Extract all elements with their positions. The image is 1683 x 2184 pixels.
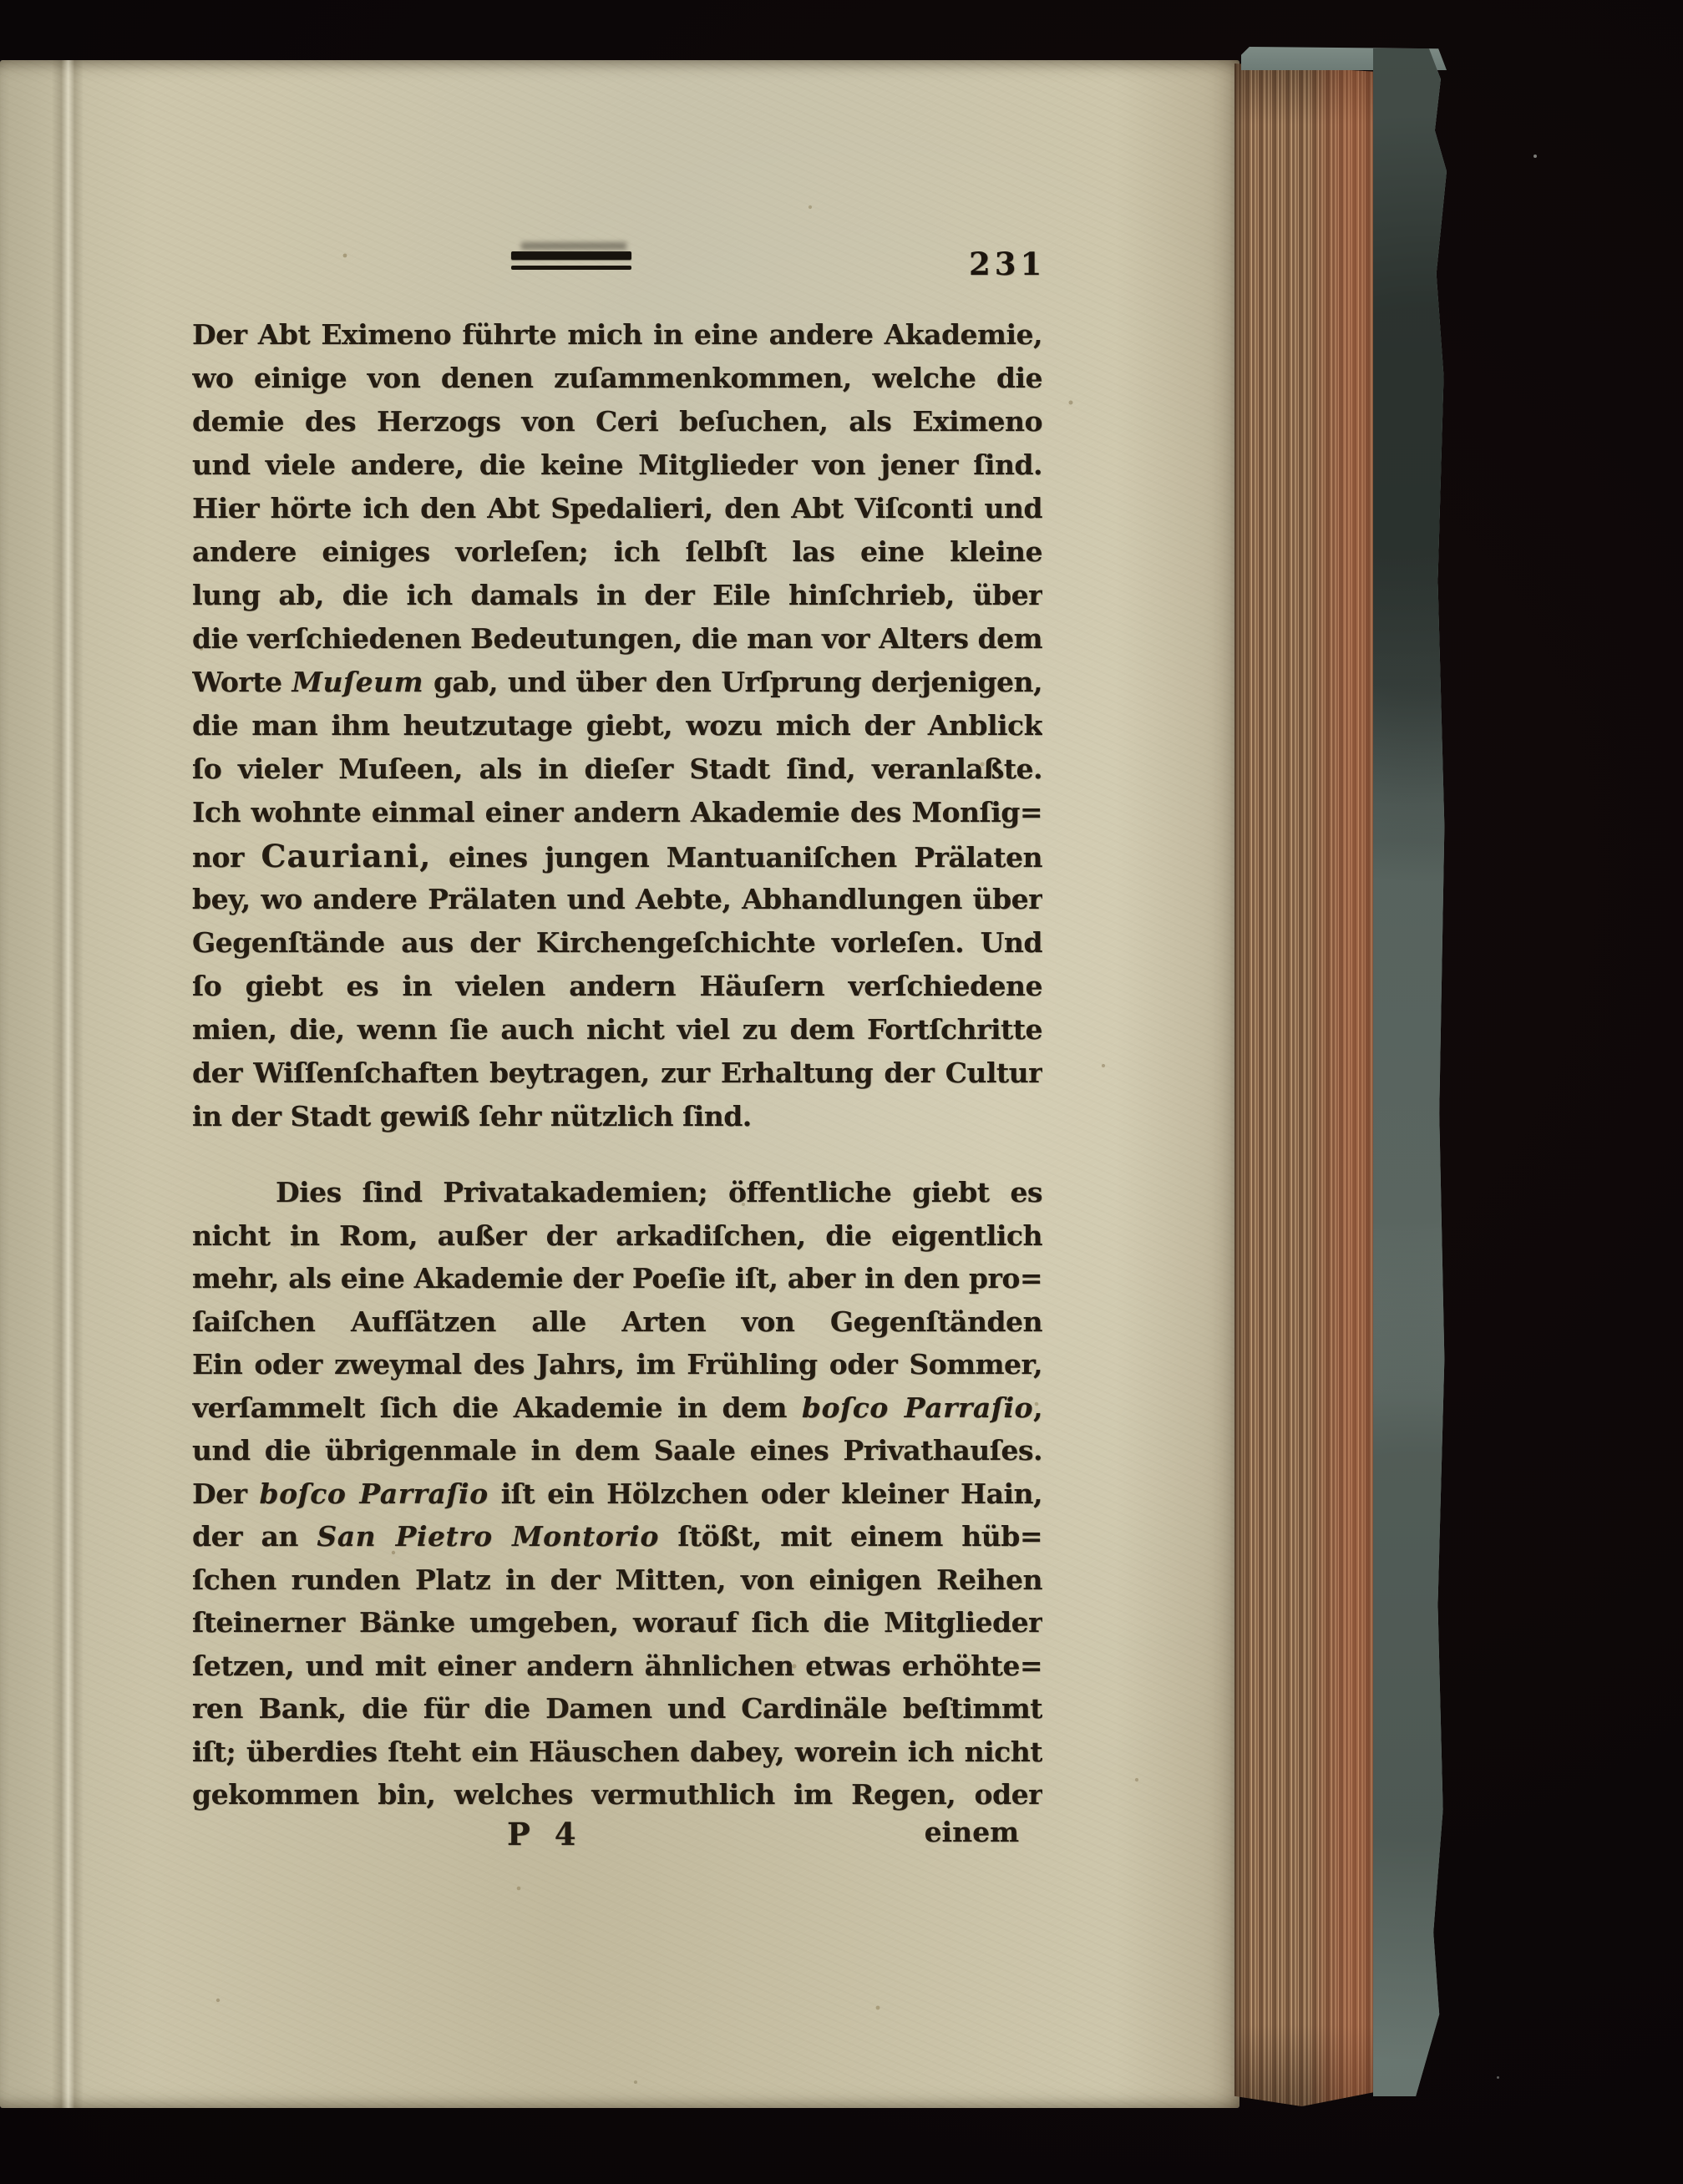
book-fore-edge-leaves (1234, 63, 1375, 2106)
text-segment: ſchen runden Platz in der Mitten, von ei… (192, 1563, 1042, 1596)
italic-text-segment: boſco Parraſio (260, 1477, 489, 1510)
text-segment: die man ihm heutzutage giebt, wozu mich … (192, 709, 1042, 742)
text-line: Hier hörte ich den Abt Spedalieri, den A… (192, 487, 1042, 530)
book-page: 231 Der Abt Eximeno führte mich in eine … (0, 60, 1239, 2108)
text-segment: nicht in Rom, außer der arkadiſchen, die… (192, 1219, 1042, 1258)
text-line: ren Bank, die für die Damen und Cardinäl… (192, 1687, 1042, 1730)
text-line: bey, wo andere Prälaten und Aebte, Abhan… (192, 878, 1042, 921)
text-segment: und viele andere, die keine Mitglieder v… (192, 448, 1042, 481)
text-segment: Der (192, 1477, 260, 1510)
text-line: mien, die, wenn ſie auch nicht viel zu d… (192, 1008, 1042, 1051)
text-segment: Cauriani, (261, 838, 432, 874)
text-line: ſteinerner Bänke umgeben, worauf ſich di… (192, 1601, 1042, 1644)
text-segment: ſaiſchen Aufſätzen alle Arten von Gegenſ… (192, 1305, 1042, 1344)
text-line: Ein oder zweymal des Jahrs, im Frühling … (192, 1343, 1042, 1386)
italic-text-segment: boſco Parraſio (802, 1391, 1033, 1424)
text-line: ſaiſchen Aufſätzen alle Arten von Gegenſ… (192, 1300, 1042, 1344)
text-segment: der Wiſſenſchaften beytragen, zur Erhalt… (192, 1057, 1042, 1089)
text-segment: und die übrigenmale in dem Saale eines P… (192, 1434, 1042, 1467)
text-line: ſchen runden Platz in der Mitten, von ei… (192, 1558, 1042, 1602)
text-segment: Worte (192, 666, 291, 698)
text-line: nicht in Rom, außer der arkadiſchen, die… (192, 1214, 1042, 1258)
text-segment: Der Abt Eximeno führte mich in eine ande… (192, 318, 1042, 351)
text-line: und viele andere, die keine Mitglieder v… (192, 443, 1042, 487)
text-segment: der an (192, 1520, 317, 1553)
text-line: lung ab, die ich damals in der Eile hinſ… (192, 574, 1042, 617)
italic-text-segment: San Pietro Montorio (317, 1520, 658, 1553)
text-line: ſo vieler Muſeen, als in dieſer Stadt ſi… (192, 747, 1042, 791)
signature-mark: P 4 (507, 1816, 575, 1852)
text-line: verſammelt ſich die Akademie in dem boſc… (192, 1386, 1042, 1430)
text-segment: Hier hörte ich den Abt Spedalieri, den A… (192, 492, 1042, 524)
catchword: einem (925, 1816, 1019, 1848)
text-segment: demie des Herzogs von Ceri beſuchen, als… (192, 405, 1042, 443)
text-line: Dies ſind Privatakademien; öffentliche g… (192, 1171, 1042, 1214)
text-line: wo einige von denen zuſammenkommen, welc… (192, 357, 1042, 400)
text-segment: wo einige von denen zuſammenkommen, welc… (192, 362, 1042, 400)
text-segment: Ein oder zweymal des Jahrs, im Frühling … (192, 1348, 1042, 1381)
text-line: ſo giebt es in vielen andern Häuſern ver… (192, 965, 1042, 1008)
text-line: Worte Muſeum gab, und über den Urſprung … (192, 661, 1042, 704)
text-segment: eines jungen Mantuaniſchen Prälaten (431, 841, 1042, 874)
text-line: mehr, als eine Akademie der Poeſie iſt, … (192, 1257, 1042, 1300)
text-segment: Dies ſind Privatakademien; öffentliche g… (276, 1176, 1042, 1209)
text-segment: Gegenſtände aus der Kirchengeſchichte vo… (192, 926, 1042, 959)
text-line: die verſchiedenen Bedeutungen, die man v… (192, 617, 1042, 661)
text-line: der an San Pietro Montorio ſtößt, mit ei… (192, 1515, 1042, 1558)
text-segment: mehr, als eine Akademie der Poeſie iſt, … (192, 1262, 1042, 1295)
text-segment: iſt ein Hölzchen oder kleiner Hain, (489, 1477, 1042, 1510)
text-segment: die verſchiedenen Bedeutungen, die man v… (192, 622, 1042, 655)
text-segment: ſo vieler Muſeen, als in dieſer Stadt ſi… (192, 752, 1042, 785)
italic-text-segment: Muſeum (291, 666, 423, 698)
text-line: die man ihm heutzutage giebt, wozu mich … (192, 704, 1042, 747)
text-segment: gab, und über den Urſprung derjenigen, (423, 666, 1042, 698)
photo-backdrop: 231 Der Abt Eximeno führte mich in eine … (0, 0, 1683, 2184)
text-line: nor Cauriani, eines jungen Mantuaniſchen… (192, 834, 1042, 878)
text-segment: lung ab, die ich damals in der Eile hinſ… (192, 579, 1042, 611)
text-line: Ich wohnte einmal einer andern Akademie … (192, 791, 1042, 834)
text-line: ſetzen, und mit einer andern ähnlichen e… (192, 1644, 1042, 1688)
text-line: und die übrigenmale in dem Saale eines P… (192, 1429, 1042, 1472)
text-segment: , (1033, 1391, 1042, 1424)
text-line: Gegenſtände aus der Kirchengeſchichte vo… (192, 921, 1042, 965)
paragraph-2: Dies ſind Privatakademien; öffentliche g… (192, 1171, 1042, 1817)
backdrop-speck (1497, 2076, 1499, 2079)
book-cover-board-edge (1373, 48, 1447, 2096)
text-segment: iſt; überdies ſteht ein Häuschen dabey, … (192, 1736, 1042, 1768)
text-line: in der Stadt gewiß ſehr nützlich ſind. (192, 1095, 1042, 1138)
text-segment: bey, wo andere Prälaten und Aebte, Abhan… (192, 883, 1042, 915)
text-line: andere einiges vorleſen; ich ſelbſt las … (192, 530, 1042, 574)
text-segment: andere einiges vorleſen; ich ſelbſt las … (192, 535, 1042, 574)
text-segment: ren Bank, die für die Damen und Cardinäl… (192, 1692, 1042, 1725)
text-line: Der boſco Parraſio iſt ein Hölzchen oder… (192, 1472, 1042, 1516)
text-segment: ſteinerner Bänke umgeben, worauf ſich di… (192, 1606, 1042, 1639)
paragraph-1: Der Abt Eximeno führte mich in eine ande… (192, 313, 1042, 1138)
paper-fibre-flecks (0, 60, 2, 62)
text-line: Der Abt Eximeno führte mich in eine ande… (192, 313, 1042, 357)
text-block: Der Abt Eximeno führte mich in eine ande… (192, 60, 1042, 2108)
text-segment: nor (192, 841, 261, 874)
page-gutter-crease (52, 60, 84, 2108)
text-segment: Ich wohnte einmal einer andern Akademie … (192, 796, 1042, 829)
text-segment: verſammelt ſich die Akademie in dem (192, 1391, 802, 1424)
text-line: demie des Herzogs von Ceri beſuchen, als… (192, 400, 1042, 443)
text-segment: mien, die, wenn ſie auch nicht viel zu d… (192, 1013, 1042, 1046)
text-segment: in der Stadt gewiß ſehr nützlich ſind. (192, 1100, 752, 1133)
signature-line: P 4 einem (192, 1816, 1042, 1859)
text-segment: ſetzen, und mit einer andern ähnlichen e… (192, 1649, 1042, 1682)
text-line: iſt; überdies ſteht ein Häuschen dabey, … (192, 1730, 1042, 1774)
text-line: gekommen bin, welches vermuthlich im Reg… (192, 1773, 1042, 1817)
text-segment: gekommen bin, welches vermuthlich im Reg… (192, 1778, 1042, 1817)
backdrop-speck (1533, 155, 1537, 158)
text-segment: ſo giebt es in vielen andern Häuſern ver… (192, 970, 1042, 1008)
text-segment: ſtößt, mit einem hüb= (659, 1520, 1042, 1553)
text-line: der Wiſſenſchaften beytragen, zur Erhalt… (192, 1051, 1042, 1095)
